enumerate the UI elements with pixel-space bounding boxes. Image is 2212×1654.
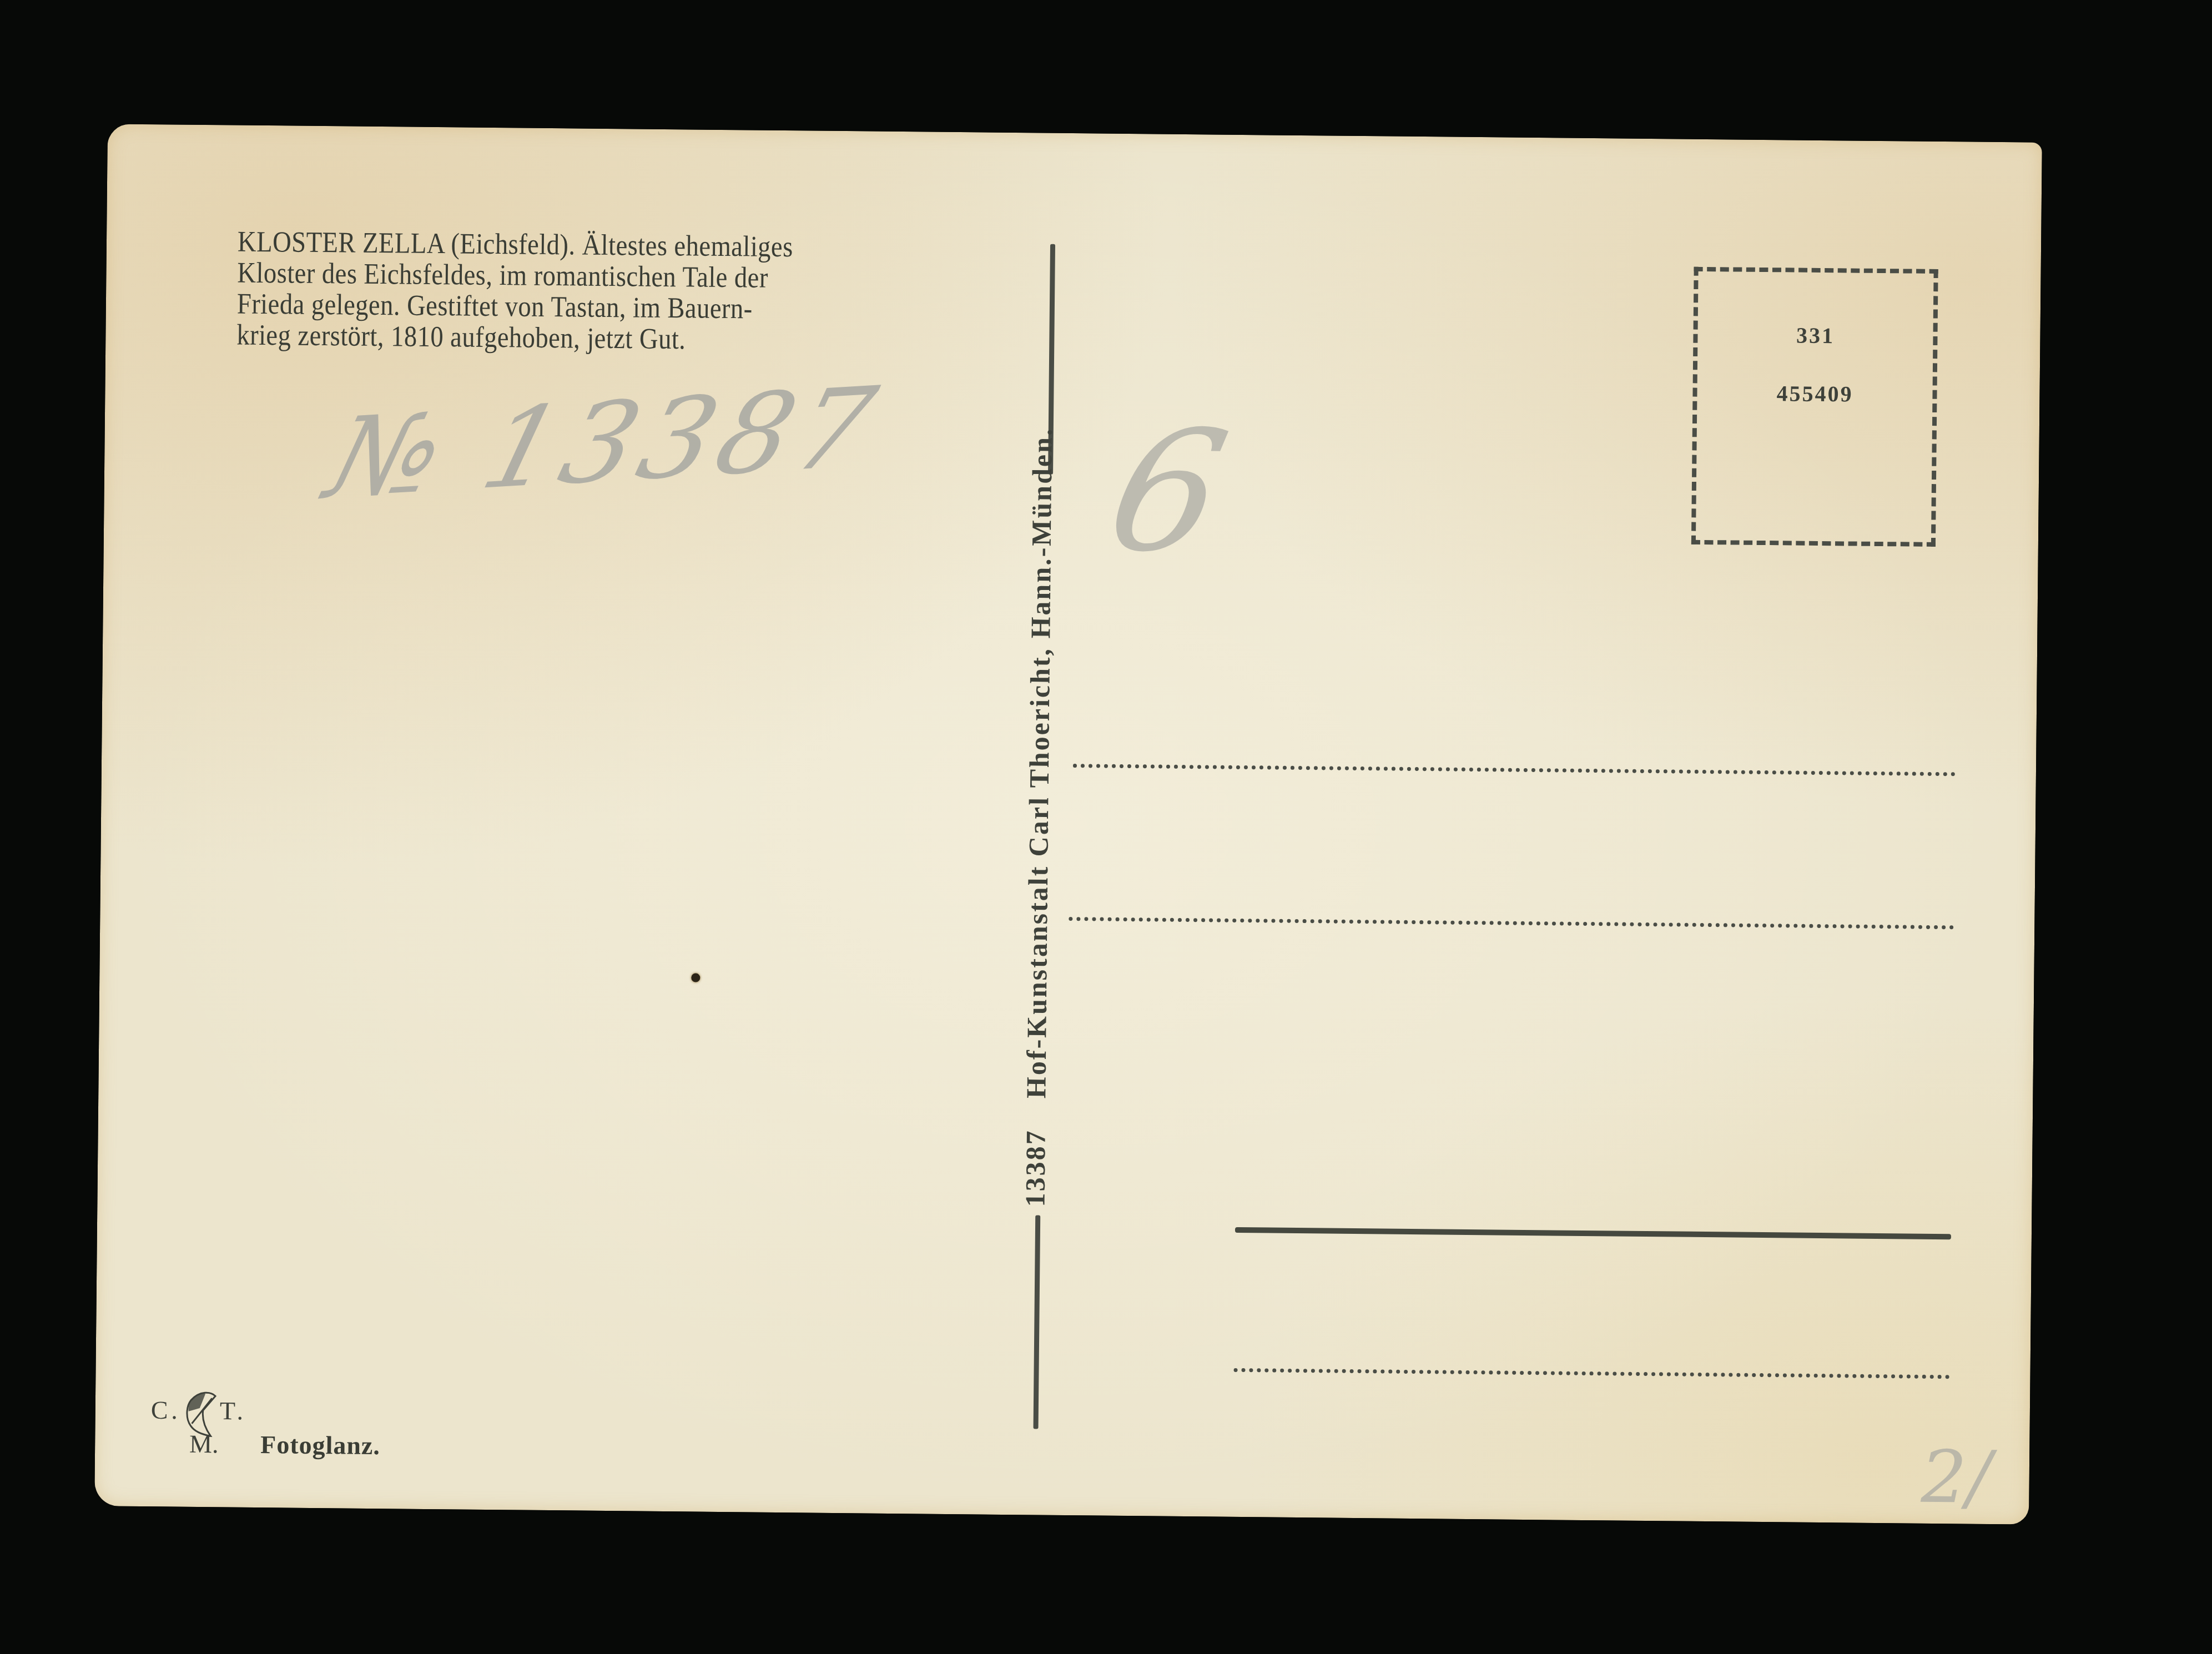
logo-letter-t: T. <box>220 1396 247 1425</box>
stamp-box: 331 455409 <box>1691 267 1938 547</box>
handwritten-mark-corner: 2/ <box>1921 1435 1992 1520</box>
paper-blemish <box>691 973 700 982</box>
imprint-number: 13387 <box>1019 1129 1051 1207</box>
handwritten-mark-center: 6 <box>1093 395 1242 589</box>
address-line-2 <box>1069 917 1954 929</box>
handwritten-catalog-number: № 13387 <box>315 363 893 523</box>
publisher-imprint: 13387 Hof-Kunstanstalt Carl Thoericht, H… <box>1019 596 1057 1207</box>
stamp-code-bottom: 455409 <box>1697 380 1932 408</box>
description-line: krieg zerstört, 1810 aufgehoben, jetzt G… <box>236 320 969 358</box>
center-divider-bottom <box>1034 1215 1041 1429</box>
address-line-4 <box>1234 1368 1950 1379</box>
stamp-code-top: 331 <box>1697 321 1933 350</box>
address-line-3 <box>1235 1227 1951 1239</box>
imprint-publisher: Hof-Kunstanstalt Carl Thoericht, Hann.-M… <box>1020 427 1058 1098</box>
logo-letter-m: M. <box>189 1429 219 1459</box>
logo-letter-c: C. <box>151 1396 182 1425</box>
address-line-1 <box>1073 764 1956 776</box>
description-text: KLOSTER ZELLA (Eichsfeld). Ältestes ehem… <box>236 226 970 358</box>
postcard-back: KLOSTER ZELLA (Eichsfeld). Ältestes ehem… <box>94 124 2042 1524</box>
finish-label: Fotoglanz. <box>260 1430 380 1460</box>
publisher-logo: C.T. M. <box>150 1389 246 1438</box>
